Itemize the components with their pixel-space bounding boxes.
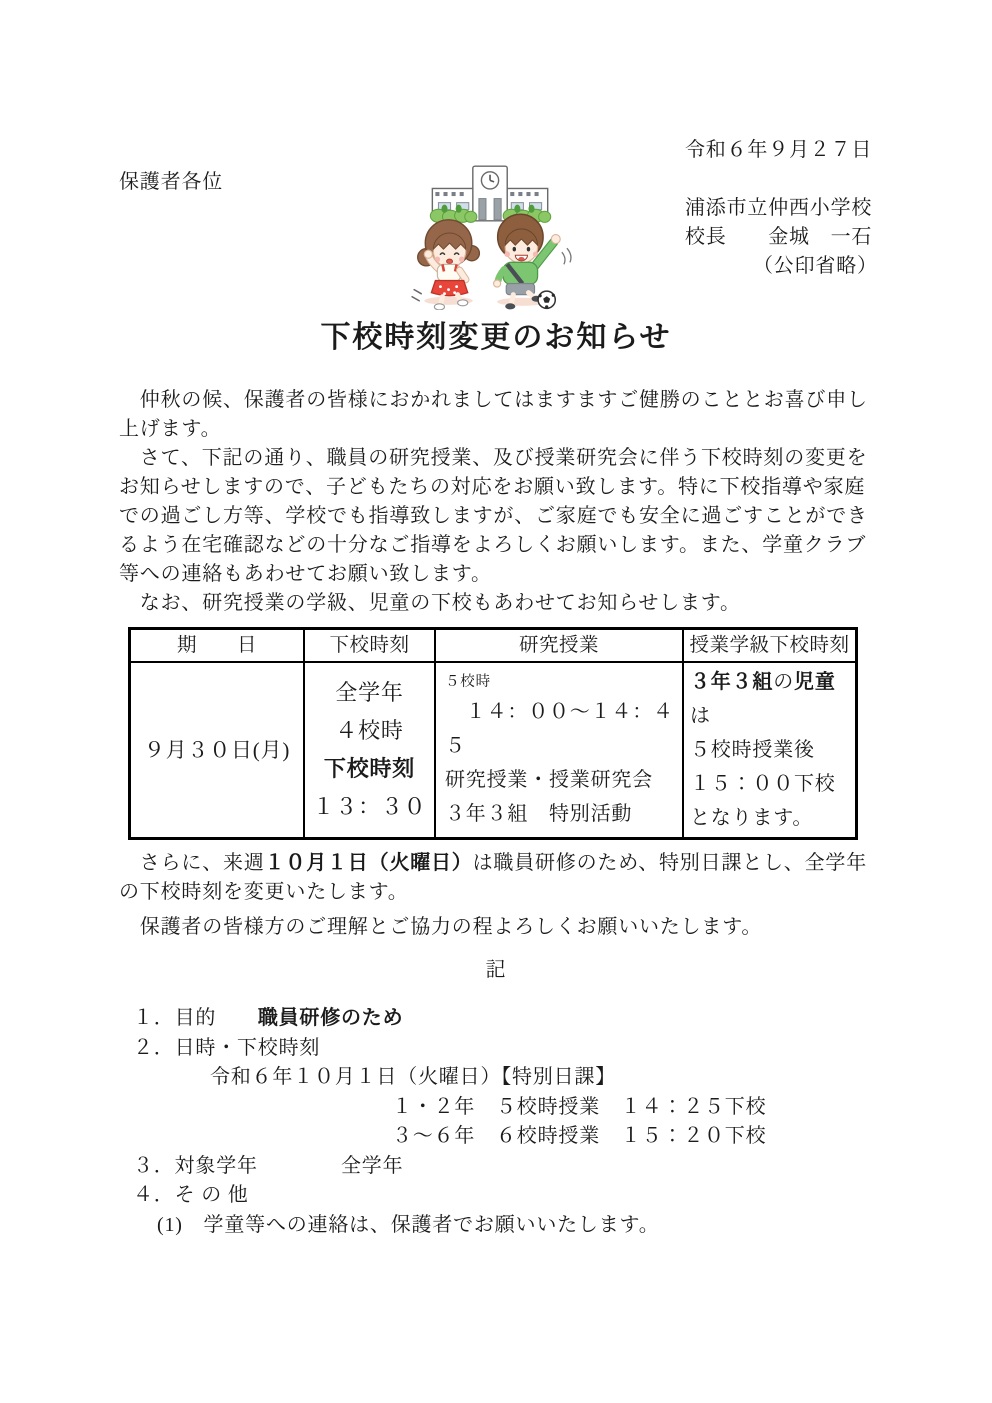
school-children-illustration-svg xyxy=(402,158,574,310)
notice-document-page: 令和６年９月２７日 保護者各位 xyxy=(0,0,992,1403)
school-name: 浦添市立仲西小学校 xyxy=(685,194,878,223)
table-header-class-dismissal: 授業学級下校時刻 xyxy=(684,630,855,663)
issue-date: 令和６年９月２７日 xyxy=(685,136,872,165)
body-text: 仲秋の候、保護者の皆様におかれましてはますますご健勝のこととお喜び申し上げます。… xyxy=(119,386,875,618)
table-header-date: 期 日 xyxy=(131,630,305,663)
cell-date: ９月３０日(月) xyxy=(131,663,305,837)
paragraph-schedule-change: さらに、来週１０月１日（火曜日）は職員研修のため、特別日課とし、全学年の下校時刻… xyxy=(119,849,875,907)
paragraph-note: なお、研究授業の学級、児童の下校もあわせてお知らせします。 xyxy=(119,589,875,618)
table-header-research-lesson: 研究授業 xyxy=(436,630,684,663)
school-children-illustration xyxy=(402,158,574,310)
dismissal-table: 期 日 下校時刻 研究授業 授業学級下校時刻 ９月３０日(月) 全学年 ４校時 … xyxy=(128,627,858,840)
ki-item-datetime-date: 令和６年１０月１日（火曜日）【特別日課】 xyxy=(210,1063,893,1093)
ki-item-grades-3-6: ３～６年 ６校時授業 １５：２０下校 xyxy=(392,1122,893,1152)
sender-block: 浦添市立仲西小学校 校長 金城 一石 （公印省略） xyxy=(685,194,878,281)
recipient-line: 保護者各位 xyxy=(119,168,223,197)
principal-line: 校長 金城 一石 xyxy=(685,223,878,252)
ki-marker: 記 xyxy=(0,956,992,985)
table-header-dismissal-time: 下校時刻 xyxy=(305,630,436,663)
cell-class-dismissal: ３年３組の児童は ５校時授業後 １５：００下校 となります。 xyxy=(684,663,855,837)
girl-skirt xyxy=(431,281,467,296)
boy-figure xyxy=(494,214,571,309)
ki-item-other: ４．そ の 他 xyxy=(133,1181,893,1211)
ki-item-datetime: ２．日時・下校時刻 xyxy=(133,1034,893,1064)
motion-lines xyxy=(412,290,421,301)
cell-dismissal-time: 全学年 ４校時 下校時刻 １３：３０ xyxy=(305,663,436,837)
seal-note: （公印省略） xyxy=(753,252,878,281)
ki-item-purpose: １．目的 職員研修のため xyxy=(133,1004,893,1034)
motion-lines xyxy=(562,248,571,264)
paragraph-greeting: 仲秋の候、保護者の皆様におかれましてはますますご健勝のこととお喜び申し上げます。 xyxy=(119,386,875,444)
paragraph-main: さて、下記の通り、職員の研究授業、及び授業研究会に伴う下校時刻の変更をお知らせし… xyxy=(119,444,875,589)
ki-item-other-note: (1) 学童等への連絡は、保護者でお願いいたします。 xyxy=(157,1211,893,1241)
paragraph-thanks: 保護者の皆様方のご理解とご協力の程よろしくお願いいたします。 xyxy=(119,913,875,942)
after-table-text: さらに、来週１０月１日（火曜日）は職員研修のため、特別日課とし、全学年の下校時刻… xyxy=(119,849,875,942)
document-title: 下校時刻変更のお知らせ xyxy=(0,318,992,358)
ki-list: １．目的 職員研修のため ２．日時・下校時刻 令和６年１０月１日（火曜日）【特別… xyxy=(133,1004,893,1240)
ki-item-target-grades: ３．対象学年 全学年 xyxy=(133,1152,893,1182)
ki-item-grades-1-2: １・２年 ５校時授業 １４：２５下校 xyxy=(392,1093,893,1123)
cell-research-lesson: ５校時 １４：００～１４：４５ 研究授業・授業研究会 ３年３組 特別活動 xyxy=(436,663,684,837)
table-header-row: 期 日 下校時刻 研究授業 授業学級下校時刻 xyxy=(131,630,855,663)
table-data-row: ９月３０日(月) 全学年 ４校時 下校時刻 １３：３０ ５校時 １４：００～１４… xyxy=(131,663,855,837)
girl-figure xyxy=(412,220,479,310)
soccer-ball xyxy=(538,291,555,308)
